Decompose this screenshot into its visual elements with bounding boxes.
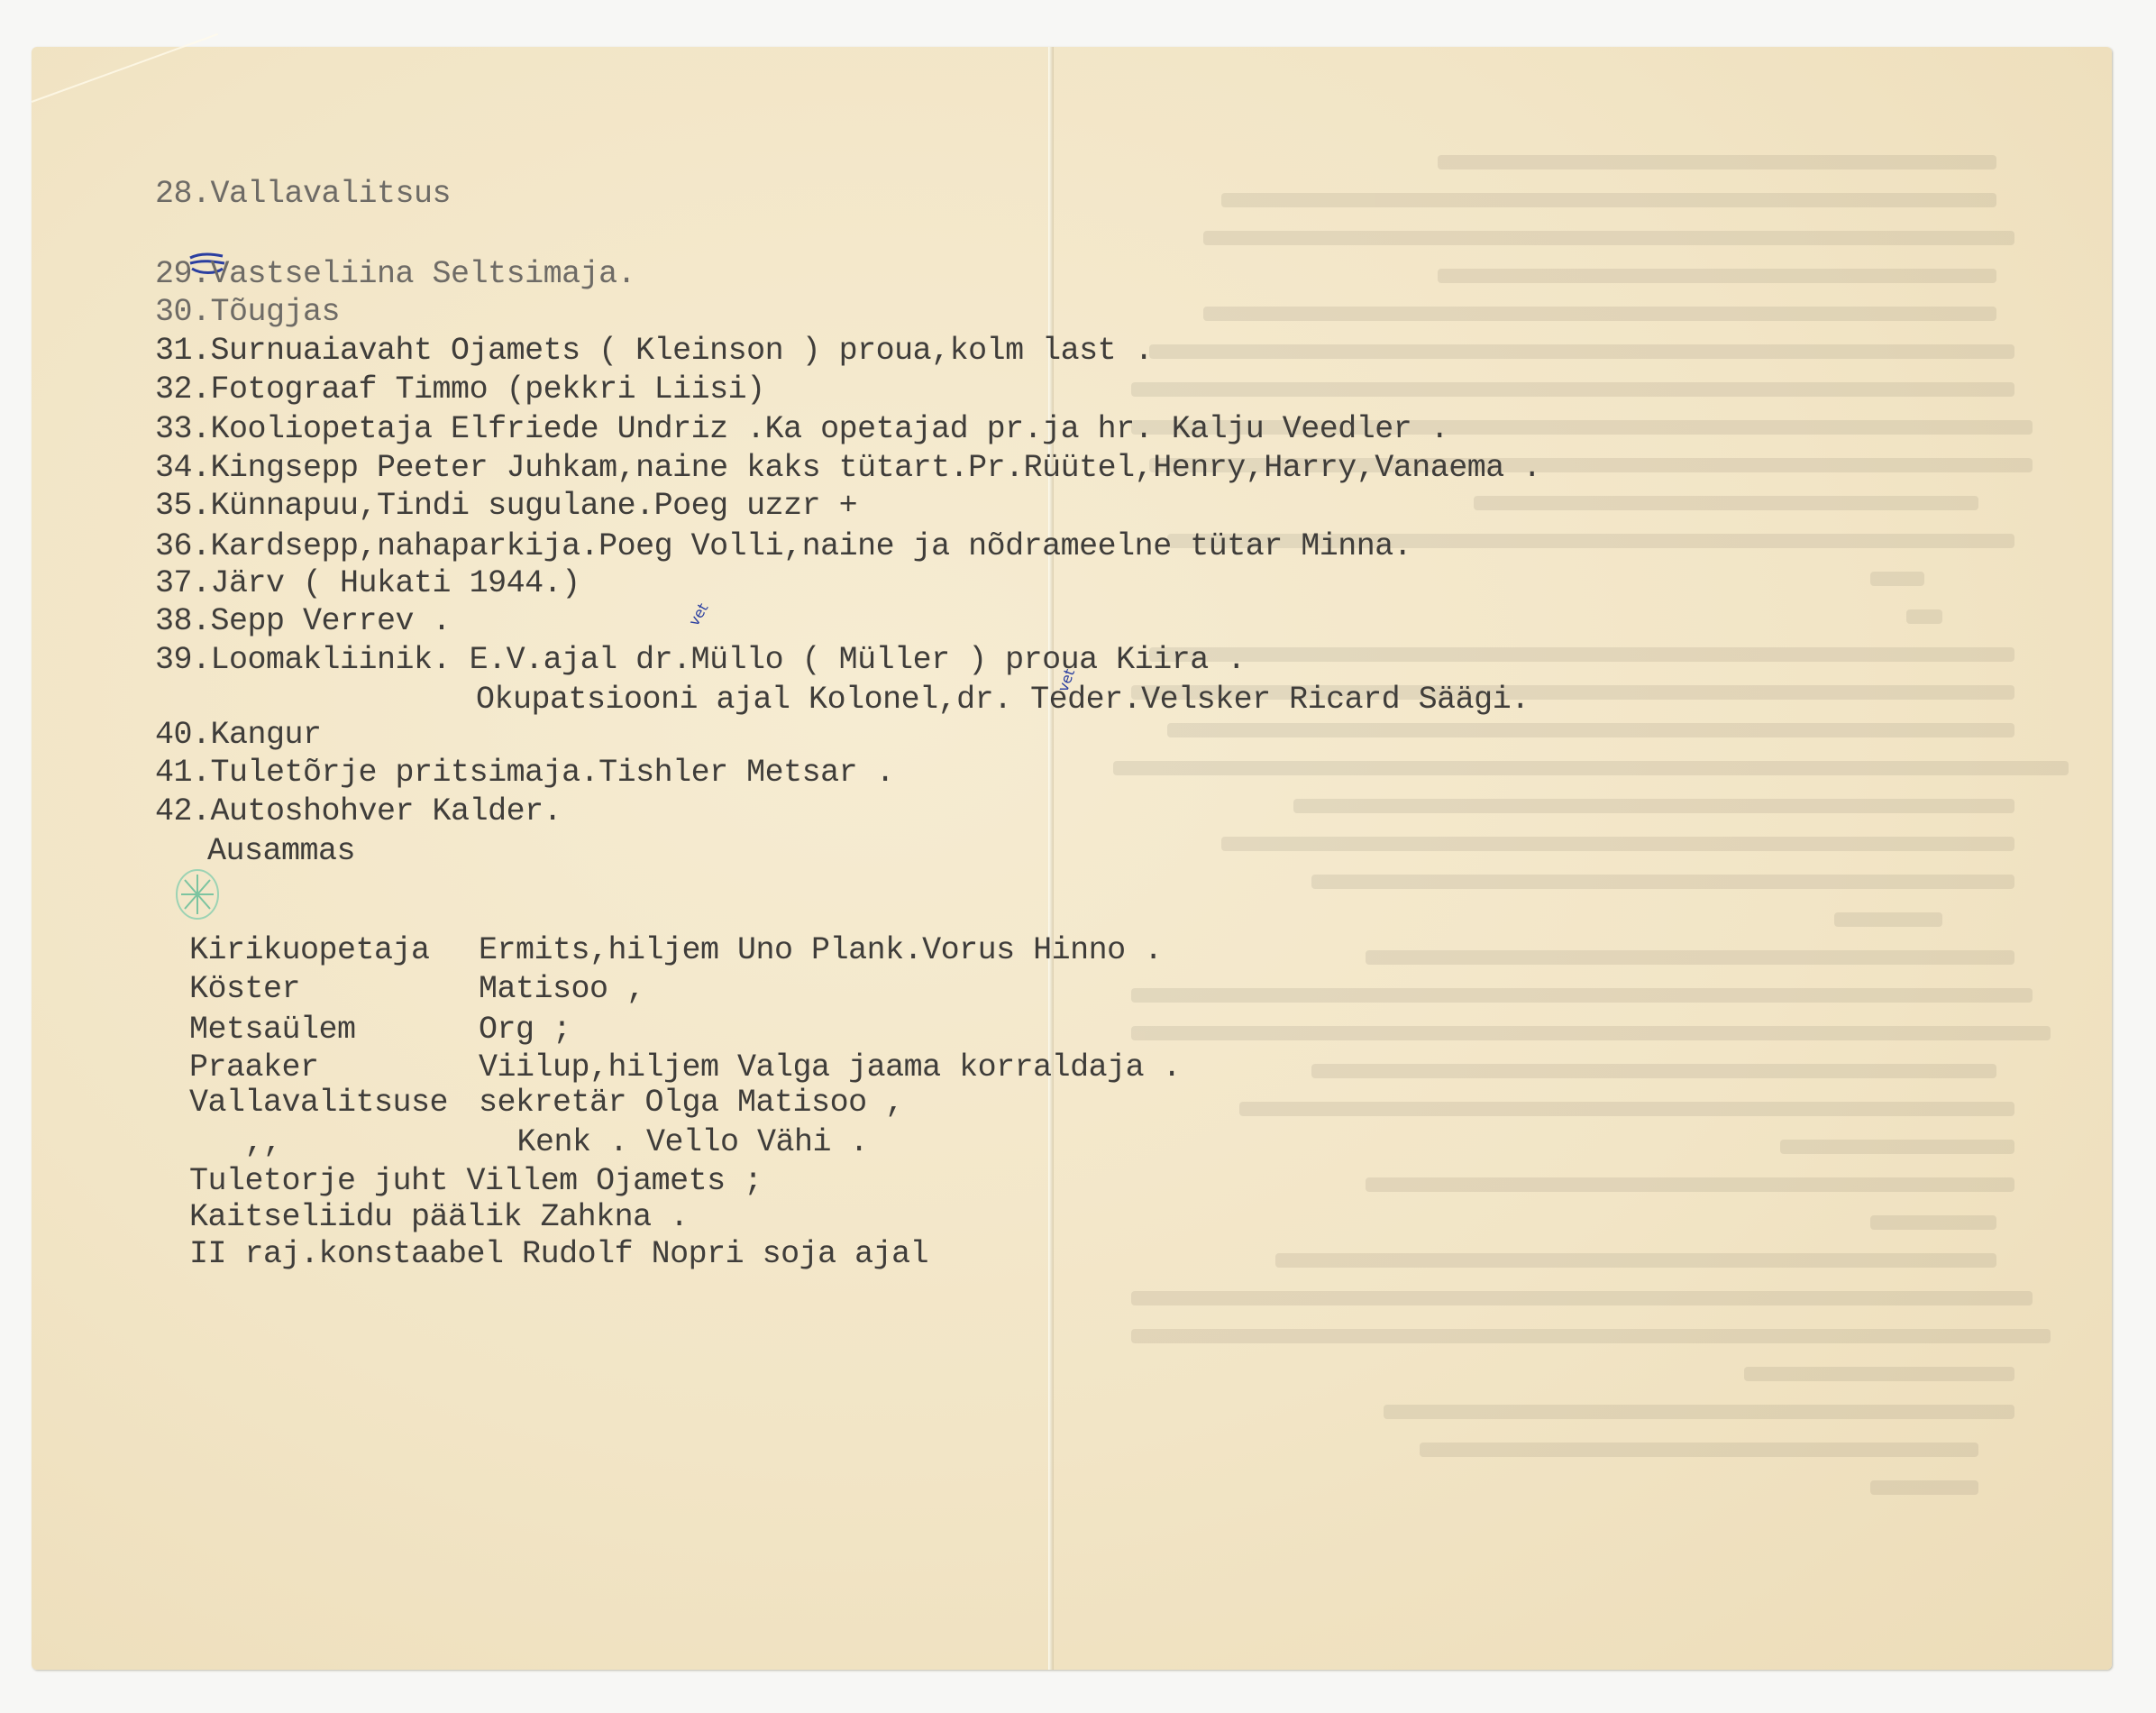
entry-number: 38. <box>155 603 211 639</box>
entry-number: 35. <box>155 488 211 524</box>
entry-text: Loomakliinik. E.V.ajal dr.Müllo ( Müller… <box>211 642 1246 678</box>
official-name: sekretär Olga Matisoo , <box>479 1085 904 1121</box>
list-item: Tuletorje juht Villem Ojamets ; <box>189 1163 763 1199</box>
official-role: Metsaülem <box>189 1012 356 1048</box>
document-page: 28.Vallavalitsus29.Vastseliina Seltsimaj… <box>32 47 2112 1670</box>
list-item: 42.Autoshohver Kalder. <box>155 793 562 829</box>
list-item: 32.Fotograaf Timmo (pekkri Liisi) <box>155 371 765 408</box>
entry-number: 39. <box>155 642 211 678</box>
green-asterisk-stamp-icon <box>174 867 221 921</box>
entry-number: 42. <box>155 793 211 829</box>
entry-text: Künnapuu,Tindi sugulane.Poeg uzzr + <box>211 488 858 524</box>
official-role: Vallavalitsuse <box>189 1085 448 1121</box>
official-name: Viilup,hiljem Valga jaama korraldaja . <box>479 1049 1181 1086</box>
list-item: 39.Loomakliinik. E.V.ajal dr.Müllo ( Mül… <box>155 642 1246 678</box>
list-item: 31.Surnuaiavaht Ojamets ( Kleinson ) pro… <box>155 333 1153 369</box>
list-item: II raj.konstaabel Rudolf Nopri soja ajal <box>189 1236 928 1272</box>
entry-number: 28. <box>155 176 211 212</box>
official-name: Ermits,hiljem Uno Plank.Vorus Hinno . <box>479 932 1163 968</box>
center-fold <box>1048 47 1054 1670</box>
list-item: 29.Vastseliina Seltsimaja. <box>155 256 635 292</box>
list-item: Kaitseliidu päälik Zahkna . <box>189 1199 689 1235</box>
entry-text: Tuletõrje pritsimaja.Tishler Metsar . <box>211 755 895 791</box>
list-item: 36.Kardsepp,nahaparkija.Poeg Volli,naine… <box>155 528 1411 564</box>
entry-number: 30. <box>155 294 211 330</box>
entry-number: 40. <box>155 717 211 753</box>
entry-text: Autoshohver Kalder. <box>211 793 562 829</box>
entry-number: 29. <box>155 256 211 292</box>
handwritten-annotation: vet <box>685 600 711 629</box>
official-name: Matisoo , <box>479 971 645 1007</box>
list-item: 35.Künnapuu,Tindi sugulane.Poeg uzzr + <box>155 488 857 524</box>
entry-number: 34. <box>155 450 211 486</box>
list-item: 28.Vallavalitsus <box>155 176 451 212</box>
reverse-side-bleed-through <box>1095 155 2105 1507</box>
entry-text: Kooliopetaja Elfriede Undriz .Ka opetaja… <box>211 411 1449 447</box>
entry-number: 33. <box>155 411 211 447</box>
official-role: ,, <box>189 1124 282 1160</box>
list-item: 38.Sepp Verrev . <box>155 603 451 639</box>
list-item: 30.Tõugjas <box>155 294 340 330</box>
list-item: 37.Järv ( Hukati 1944.) <box>155 565 580 601</box>
entry-text: Vastseliina Seltsimaja. <box>211 256 636 292</box>
entry-number: 32. <box>155 371 211 408</box>
entry-number: 31. <box>155 333 211 369</box>
entry-text: Kardsepp,nahaparkija.Poeg Volli,naine ja… <box>211 528 1412 564</box>
official-role: Köster <box>189 971 300 1007</box>
entry-text: Kangur <box>211 717 322 753</box>
entry-text: Sepp Verrev . <box>211 603 452 639</box>
list-item: 33.Kooliopetaja Elfriede Undriz .Ka opet… <box>155 411 1448 447</box>
entry-text: Surnuaiavaht Ojamets ( Kleinson ) proua,… <box>211 333 1154 369</box>
official-name: Kenk . Vello Vähi . <box>498 1124 868 1160</box>
section-heading: Ausammas <box>207 833 355 869</box>
list-item: 40.Kangur <box>155 717 322 753</box>
official-role: Praaker <box>189 1049 319 1086</box>
official-role: Kirikuopetaja <box>189 932 430 968</box>
list-item: Okupatsiooni ajal Kolonel,dr. Teder.Vels… <box>476 682 1530 718</box>
list-item: 41.Tuletõrje pritsimaja.Tishler Metsar . <box>155 755 894 791</box>
entry-number: 37. <box>155 565 211 601</box>
official-name: Org ; <box>479 1012 571 1048</box>
entry-text: Fotograaf Timmo (pekkri Liisi) <box>211 371 765 408</box>
entry-text: Tõugjas <box>211 294 341 330</box>
list-item: 34.Kingsepp Peeter Juhkam,naine kaks tüt… <box>155 450 1541 486</box>
paper-crease <box>32 33 218 103</box>
entry-text: Kingsepp Peeter Juhkam,naine kaks tütart… <box>211 450 1541 486</box>
entry-number: 41. <box>155 755 211 791</box>
entry-text: Järv ( Hukati 1944.) <box>211 565 580 601</box>
entry-text: Vallavalitsus <box>211 176 452 212</box>
entry-number: 36. <box>155 528 211 564</box>
